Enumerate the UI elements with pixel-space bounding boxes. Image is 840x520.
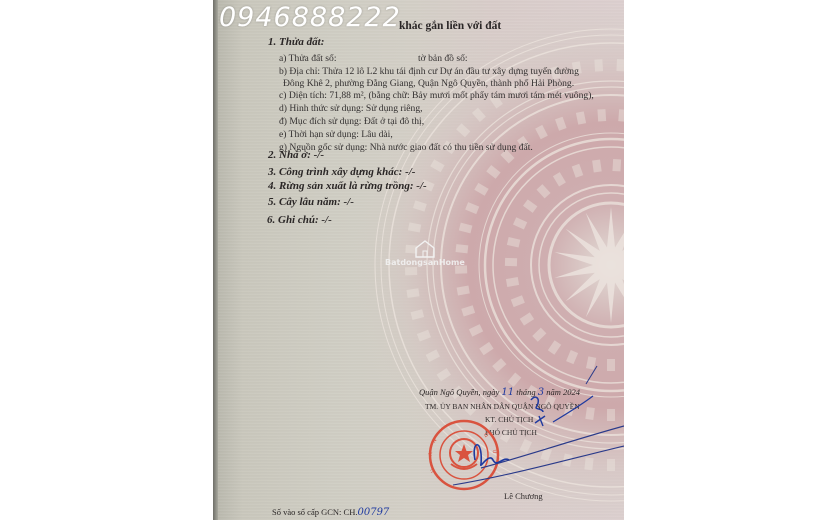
certificate-number-label: Số vào sổ cấp GCN: CH.: [272, 507, 357, 517]
land-line-a: a) Thửa đất số:: [279, 53, 337, 64]
land-line-dd: đ) Mục đích sử dụng: Đất ở tại đô thị,: [279, 116, 424, 127]
forest-item: 4. Rừng sản xuất là rừng trồng: -/-: [268, 180, 427, 192]
brand-name: BatdongsanHome: [385, 258, 465, 267]
signer-name: Lê Chương: [504, 491, 543, 501]
other-construction-item: 3. Công trình xây dựng khác: -/-: [268, 166, 415, 178]
house-icon: [414, 240, 436, 258]
section-title: khác gắn liền với đất: [399, 20, 501, 32]
note-item: 6. Ghi chú: -/-: [267, 214, 332, 226]
perennial-item: 5. Cây lâu năm: -/-: [268, 196, 354, 208]
handwritten-signature: [213, 360, 624, 520]
map-sheet-label: tờ bản đồ số:: [418, 53, 468, 64]
certificate-number: Số vào sổ cấp GCN: CH.00797: [272, 507, 389, 518]
land-line-d: d) Hình thức sử dụng: Sử dụng riêng,: [279, 103, 423, 114]
land-line-b: b) Địa chỉ: Thửa 12 lô L2 khu tái định c…: [279, 66, 579, 77]
brand-watermark: BatdongsanHome: [385, 240, 465, 267]
phone-watermark: 0946888222: [219, 2, 401, 33]
land-line-b2: Đông Khê 2, phường Đằng Giang, Quận Ngô …: [283, 78, 574, 89]
land-line-c: c) Diện tích: 71,88 m², (bằng chữ: Bảy m…: [279, 90, 594, 101]
certificate-number-value: 00797: [357, 507, 389, 518]
land-heading: 1. Thửa đất:: [268, 36, 324, 48]
house-item: 2. Nhà ở: -/-: [268, 149, 324, 161]
certificate-photo: 0946888222 khác gắn liền với đất 1. Thửa…: [213, 0, 624, 520]
land-line-e: e) Thời hạn sử dụng: Lâu dài,: [279, 129, 393, 140]
